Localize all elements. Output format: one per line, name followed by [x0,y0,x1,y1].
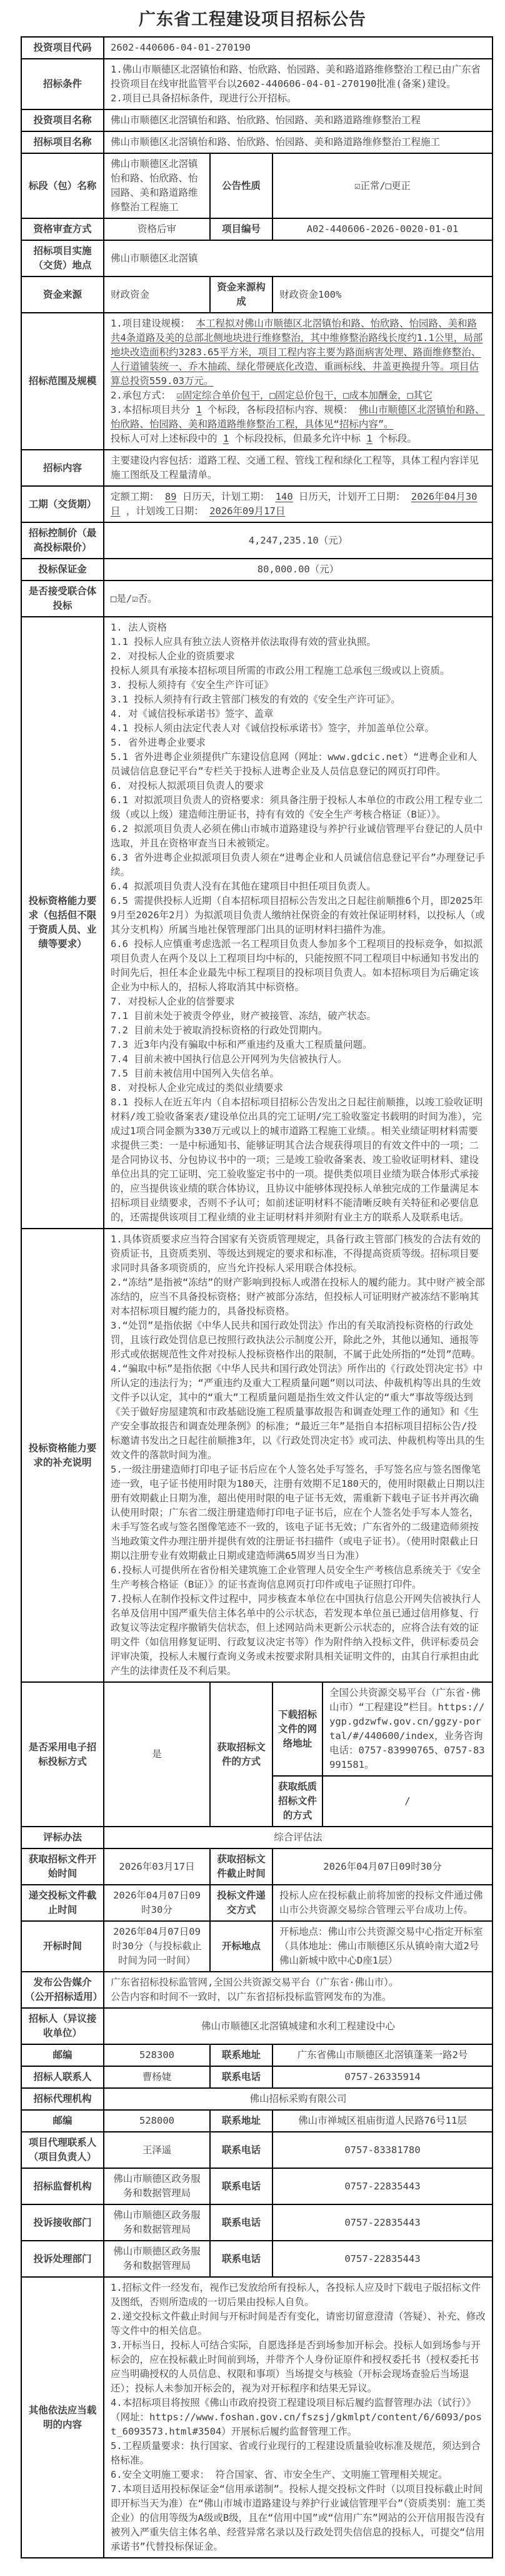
row-obtain-times: 获取招标文件开始时间 2026年03月17日 获取招标文件截止时间 2026年0… [21,1848,492,1885]
row-investment-project-name: 投资项目名称 佛山市顺德区北滘镇怡和路、怡欣路、怡园路、美和路道路维修整治工程 [21,109,492,131]
label-agency: 招标代理机构 [21,2088,104,2110]
value-submission-method: 投标人应在投标截止前将加密的投标文件通过佛山市公共资源交易综合管理云平台成功上传… [272,1885,492,1921]
row-tender-content: 招标内容 主要建设内容包括：道路工程、交通工程、管线工程和绿化工程等，具体工程内… [21,450,492,486]
value-tenderer-contact: 曹杨婕 [104,2066,210,2088]
row-scope-and-scale: 招标范围及规模 1.项目建设规模： 本工程拟对佛山市顺德区北滘镇怡和路、怡欣路、… [21,313,492,450]
value-consortium: □是/☑否。 [104,581,492,617]
value-complaint-receiving-phone: 0757-22835443 [272,2204,492,2241]
value-announcement-media: 广东省招标投标监管网,全国公共资源交易平台（广东省·佛山市）。 公告内容和时间不… [104,1972,492,2008]
value-evaluation-method: 综合评估法 [104,1827,492,1848]
label-agency-phone: 联系电话 [210,2132,272,2168]
value-qualification-requirements: 1. 法人资格 1.1 投标人应具有独立法人资格并依法取得有效的营业执照。 2.… [104,617,492,1229]
label-complaint-receiving: 投诉接收部门 [21,2204,104,2241]
value-funding-source: 财政资金 [104,276,210,313]
label-duration: 工期（交货期） [21,486,104,522]
label-qualification-requirements: 投标资格能力要求（包括但不限于资质人员、业绩等要求） [21,617,104,1229]
value-tender-content: 主要建设内容包括：道路工程、交通工程、管线工程和绿化工程等，具体工程内容详见施工… [104,450,492,486]
value-tender-project-name: 佛山市顺德区北滘镇怡和路、怡欣路、怡园路、美和路道路维修整治工程施工 [104,131,492,153]
row-agency: 招标代理机构 佛山招标采购有限公司 [21,2088,492,2110]
label-submission-deadline: 递交投标文件截止时间 [21,1885,104,1921]
value-tenderer-phone: 0757-26335914 [272,2066,492,2088]
value-control-price: 4,247,235.10（元） [104,522,492,559]
label-other-content: 其他依法应当载明的内容 [21,2277,104,2558]
value-agency-contact: 王泽遥 [104,2132,210,2168]
row-agency-postcode-address: 邮编 528000 联系地址 佛山市禅城区祖庙街道人民路76号11层 [21,2110,492,2132]
tender-announcement-page: 广东省工程建设项目招标公告 投资项目代码 2602-440606-04-01-2… [0,10,505,2576]
row-control-price: 招标控制价（最高投标限价） 4,247,235.10（元） [21,522,492,559]
label-qualification-review: 资格审查方式 [21,218,104,240]
label-evaluation-method: 评标办法 [21,1827,104,1848]
value-agency: 佛山招标采购有限公司 [104,2088,492,2110]
value-paper-documents: / [322,1776,492,1827]
row-tenderer-postcode-address: 邮编 528300 联系地址 广东省佛山市顺德区北滘镇蓬莱一路2号 [21,2044,492,2066]
value-obtain-start-time: 2026年03月17日 [104,1848,210,1885]
value-qualification-review: 资格后审 [104,218,210,240]
label-qualification-supplement: 投标资格能力要求的补充说明 [21,1229,104,1682]
label-agency-address: 联系地址 [210,2110,272,2132]
value-project-number: A02-440606-2026-0020-01-01 [272,218,492,240]
label-tenderer-contact: 招标人联系人 [21,2066,104,2088]
row-duration: 工期（交货期） 定额工期： 89 日历天，计划工期： 140 日历天，计划开工日… [21,486,492,522]
label-funding-composition: 资金来源构成 [210,276,272,313]
label-obtain-documents-method: 获取招标文件的方式 [210,1682,272,1827]
value-tender-conditions: 1.佛山市顺德区北滘镇怡和路、怡欣路、怡园路、美和路道路维修整治工程已由广东省投… [104,59,492,109]
label-control-price: 招标控制价（最高投标限价） [21,522,104,559]
value-submission-deadline: 2026年04月07日09时30分 [104,1885,210,1921]
value-electronic-bidding: 是 [104,1682,210,1827]
label-electronic-bidding: 是否采用电子招标投标方式 [21,1682,104,1827]
label-section-name: 标段（包）名称 [21,153,104,218]
value-download-address: 全国公共资源交易平台（广东省·佛山市）“工程建设”栏目。https://ygp.… [322,1682,492,1776]
value-section-name: 佛山市顺德区北滘镇怡和路、怡欣路、怡园路、美和路道路维修整治工程施工 [104,153,210,218]
label-consortium: 是否接受联合体投标 [21,581,104,617]
row-tender-project-name: 招标项目名称 佛山市顺德区北滘镇怡和路、怡欣路、怡园路、美和路道路维修整治工程施… [21,131,492,153]
label-tenderer-phone: 联系电话 [210,2066,272,2088]
value-supervision-phone: 0757-22835443 [272,2168,492,2204]
value-agency-phone: 0757-83381780 [272,2132,492,2168]
announcement-table: 投资项目代码 2602-440606-04-01-270190 招标条件 1.佛… [21,36,493,2558]
row-section-name: 标段（包）名称 佛山市顺德区北滘镇怡和路、怡欣路、怡园路、美和路道路维修整治工程… [21,153,492,218]
row-supervision: 招标监督机构 佛山市顺德区政务服务和数据管理局 联系电话 0757-228354… [21,2168,492,2204]
label-supervision-phone: 联系电话 [210,2168,272,2204]
row-evaluation-method: 评标办法 综合评估法 [21,1827,492,1848]
label-notice-nature: 公告性质 [210,153,272,218]
label-agency-postcode: 邮编 [21,2110,104,2132]
row-tender-conditions: 招标条件 1.佛山市顺德区北滘镇怡和路、怡欣路、怡园路、美和路道路维修整治工程已… [21,59,492,109]
value-notice-nature: ☑正常/□更正 [272,153,492,218]
row-qualification-requirements: 投标资格能力要求（包括但不限于资质人员、业绩等要求） 1. 法人资格 1.1 投… [21,617,492,1229]
value-complaint-handling-phone: 0757-22835443 [272,2241,492,2277]
row-project-code: 投资项目代码 2602-440606-04-01-270190 [21,37,492,59]
value-funding-composition: 财政资金100% [272,276,492,313]
value-opening-place: 开标地点：佛山市公共资源交易中心指定开标室（具体地址：佛山市顺德区乐从镇岭南大道… [272,1921,492,1972]
value-complaint-handling: 佛山市顺德区政务服务和数据管理局 [104,2241,210,2277]
label-obtain-start-time: 获取招标文件开始时间 [21,1848,104,1885]
label-project-code: 投资项目代码 [21,37,104,59]
row-qualification-review: 资格审查方式 资格后审 项目编号 A02-440606-2026-0020-01… [21,218,492,240]
label-bid-bond: 投标保证金 [21,559,104,581]
label-paper-documents: 获取纸质招标文件的方式 [272,1776,322,1827]
label-complaint-handling-phone: 联系电话 [210,2241,272,2277]
value-duration: 定额工期： 89 日历天，计划工期： 140 日历天，计划开工日期： 2026年… [104,486,492,522]
label-tender-project-name: 招标项目名称 [21,131,104,153]
label-obtain-deadline: 获取招标文件截止时间 [210,1848,272,1885]
row-electronic-bidding: 是否采用电子招标投标方式 是 获取招标文件的方式 下载招标文件的网络地址 全国公… [21,1682,492,1776]
label-tenderer: 招标人（异议接收单位） [21,2008,104,2044]
row-opening: 开标时间 2026年04月07日09时30分（与投标截止时间为同一时间） 开标地… [21,1921,492,1972]
value-obtain-deadline: 2026年04月07日09时30分 [272,1848,492,1885]
label-project-number: 项目编号 [210,218,272,240]
label-opening-time: 开标时间 [21,1921,104,1972]
row-agency-contact: 项目代理联系人（项目负责人） 王泽遥 联系电话 0757-83381780 [21,2132,492,2168]
value-other-content: 1.招标文件一经发布，视作已发放给所有投标人，各投标人应及时下载电子版招标文件及… [104,2277,492,2558]
row-tenderer-contact: 招标人联系人 曹杨婕 联系电话 0757-26335914 [21,2066,492,2088]
value-agency-postcode: 528000 [104,2110,210,2132]
value-qualification-supplement: 1.具体资质要求应当符合国家有关资质管理规定，具备行政主管部门核发的合法有效的资… [104,1229,492,1682]
row-consortium: 是否接受联合体投标 □是/☑否。 [21,581,492,617]
row-qualification-supplement: 投标资格能力要求的补充说明 1.具体资质要求应当符合国家有关资质管理规定，具备行… [21,1229,492,1682]
row-implementation-location: 招标项目实施（交货）地点 佛山市顺德区北滘镇 [21,240,492,276]
row-other-content: 其他依法应当载明的内容 1.招标文件一经发布，视作已发放给所有投标人，各投标人应… [21,2277,492,2558]
label-tender-conditions: 招标条件 [21,59,104,109]
value-opening-time: 2026年04月07日09时30分（与投标截止时间为同一时间） [104,1921,210,1972]
label-scope-and-scale: 招标范围及规模 [21,313,104,450]
value-bid-bond: 80,000.00（元） [104,559,492,581]
value-agency-address: 佛山市禅城区祖庙街道人民路76号11层 [272,2110,492,2132]
row-tenderer: 招标人（异议接收单位） 佛山市顺德区北滘镇城建和水利工程建设中心 [21,2008,492,2044]
value-investment-project-name: 佛山市顺德区北滘镇怡和路、怡欣路、怡园路、美和路道路维修整治工程 [104,109,492,131]
value-tenderer: 佛山市顺德区北滘镇城建和水利工程建设中心 [104,2008,492,2044]
label-supervision-org: 招标监督机构 [21,2168,104,2204]
label-tenderer-address: 联系地址 [210,2044,272,2066]
value-tenderer-address: 广东省佛山市顺德区北滘镇蓬莱一路2号 [272,2044,492,2066]
value-scope-and-scale: 1.项目建设规模： 本工程拟对佛山市顺德区北滘镇怡和路、怡欣路、怡园路、美和路共… [104,313,492,450]
row-bid-bond: 投标保证金 80,000.00（元） [21,559,492,581]
label-funding-source: 资金来源 [21,276,104,313]
label-complaint-receiving-phone: 联系电话 [210,2204,272,2241]
label-tender-content: 招标内容 [21,450,104,486]
value-project-code: 2602-440606-04-01-270190 [104,37,492,59]
row-funding-source: 资金来源 财政资金 资金来源构成 财政资金100% [21,276,492,313]
label-download-address: 下载招标文件的网络地址 [272,1682,322,1776]
row-submission: 递交投标文件截止时间 2026年04月07日09时30分 投标文件递交方式 投标… [21,1885,492,1921]
label-opening-place: 开标地点 [210,1921,272,1972]
value-complaint-receiving: 佛山市顺德区政务服务和数据管理局 [104,2204,210,2241]
label-announcement-media: 发布公告媒介（公开招标适用） [21,1972,104,2008]
page-title: 广东省工程建设项目招标公告 [0,10,505,30]
label-agency-contact: 项目代理联系人（项目负责人） [21,2132,104,2168]
row-announcement-media: 发布公告媒介（公开招标适用） 广东省招标投标监管网,全国公共资源交易平台（广东省… [21,1972,492,2008]
value-implementation-location: 佛山市顺德区北滘镇 [104,240,492,276]
label-complaint-handling: 投诉处理部门 [21,2241,104,2277]
label-tenderer-postcode: 邮编 [21,2044,104,2066]
label-investment-project-name: 投资项目名称 [21,109,104,131]
label-submission-method: 投标文件递交方式 [210,1885,272,1921]
label-implementation-location: 招标项目实施（交货）地点 [21,240,104,276]
value-supervision-org: 佛山市顺德区政务服务和数据管理局 [104,2168,210,2204]
value-tenderer-postcode: 528300 [104,2044,210,2066]
row-complaint-handling: 投诉处理部门 佛山市顺德区政务服务和数据管理局 联系电话 0757-228354… [21,2241,492,2277]
row-complaint-receiving: 投诉接收部门 佛山市顺德区政务服务和数据管理局 联系电话 0757-228354… [21,2204,492,2241]
